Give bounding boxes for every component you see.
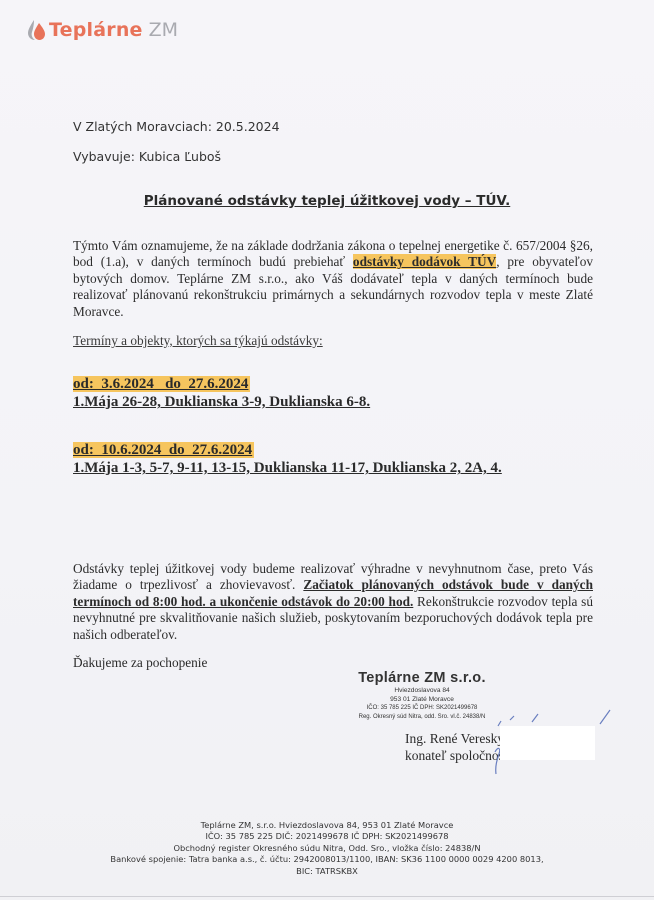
redacted-signature <box>500 726 595 760</box>
footer-line: BIC: TATRSKBX <box>0 866 654 877</box>
period-2: od: 10.6.2024 do 27.6.2024 1.Mája 1-3, 5… <box>73 441 502 477</box>
stamp-city: 953 01 Zlaté Moravce <box>352 695 492 704</box>
notice-paragraph: Odstávky teplej úžitkovej vody budeme re… <box>73 561 593 643</box>
place-date: V Zlatých Moravciach: 20.5.2024 <box>73 119 280 134</box>
period-range: od: 3.6.2024 do 27.6.2024 <box>73 376 250 392</box>
period-range: od: 10.6.2024 do 27.6.2024 <box>73 442 254 458</box>
thanks-line: Ďakujeme za pochopenie <box>73 655 207 671</box>
footer-line: IČO: 35 785 225 DIČ: 2021499678 IČ DPH: … <box>0 831 654 842</box>
company-footer: Teplárne ZM, s.r.o. Hviezdoslavova 84, 9… <box>0 820 654 877</box>
terms-heading: Termíny a objekty, ktorých sa týkajú ods… <box>73 333 323 349</box>
period-1: od: 3.6.2024 do 27.6.2024 1.Mája 26-28, … <box>73 375 370 411</box>
footer-line: Bankové spojenie: Tatra banka a.s., č. ú… <box>0 854 654 865</box>
period-objects: 1.Mája 26-28, Duklianska 3-9, Duklianska… <box>73 393 370 411</box>
footer-line: Teplárne ZM, s.r.o. Hviezdoslavova 84, 9… <box>0 820 654 831</box>
company-logo: Teplárne ZM <box>26 16 178 44</box>
logo-suffix: ZM <box>149 19 178 41</box>
footer-line: Obchodný register Okresného súdu Nitra, … <box>0 843 654 854</box>
document-title: Plánované odstávky teplej úžitkovej vody… <box>0 193 654 209</box>
period-objects: 1.Mája 1-3, 5-7, 9-11, 13-15, Duklianska… <box>73 459 502 477</box>
page-bottom-edge <box>0 896 654 897</box>
stamp-register: Reg. Okresný súd Nitra, odd. Sro. vl.č. … <box>352 713 492 722</box>
letter-page: Teplárne ZM V Zlatých Moravciach: 20.5.2… <box>0 0 654 900</box>
handled-by: Vybavuje: Kubica Ľuboš <box>73 149 221 164</box>
stamp-ids: IČO: 35 785 225 IČ DPH: SK2021499678 <box>352 704 492 713</box>
company-stamp: Teplárne ZM s.r.o. Hviezdoslavova 84 953… <box>352 670 492 721</box>
intro-paragraph: Týmto Vám oznamujeme, že na základe dodr… <box>73 238 593 320</box>
stamp-street: Hviezdoslavova 84 <box>352 686 492 695</box>
intro-highlight: odstávky dodávok TÚV <box>353 254 496 269</box>
flame-drop-icon <box>26 19 46 41</box>
stamp-company: Teplárne ZM s.r.o. <box>352 670 492 686</box>
logo-name: Teplárne <box>49 19 143 41</box>
